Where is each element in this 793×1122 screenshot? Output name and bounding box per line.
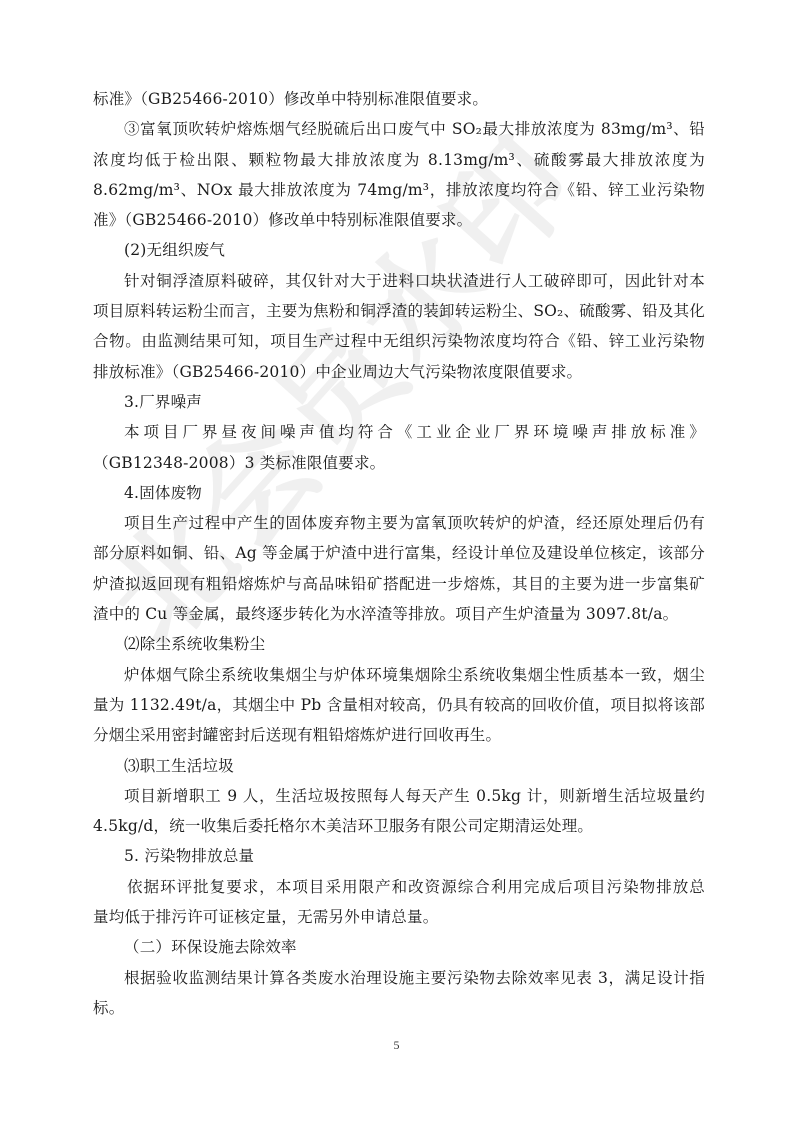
paragraph-line: 本项目厂界昼夜间噪声值均符合《工业企业厂界环境噪声排放标准》: [93, 417, 705, 447]
document-page: 北会员水印 标准》（GB25466-2010）修改单中特别标准限值要求。 ③富氧…: [0, 0, 793, 1122]
paragraph-line: 针对铜浮渣原料破碎，其仅针对大于进料口块状渣进行人工破碎即可，因此针对本: [93, 266, 705, 296]
paragraph-line: 标。: [93, 993, 705, 1023]
paragraph-line: 炉体烟气除尘系统收集烟尘与炉体环境集烟除尘系统收集烟尘性质基本一致，烟尘: [93, 660, 705, 690]
document-body: 标准》（GB25466-2010）修改单中特别标准限值要求。 ③富氧顶吹转炉熔炼…: [93, 84, 705, 1023]
section-heading-total-emissions: 5. 污染物排放总量: [93, 841, 705, 871]
section-heading-fugitive-emissions: (2)无组织废气: [93, 235, 705, 265]
paragraph-line: 部分原料如铜、铅、Ag 等金属于炉渣中进行富集，经设计单位及建设单位核定，该部分: [93, 538, 705, 568]
paragraph-line: 合物。由监测结果可知，项目生产过程中无组织污染物浓度均符合《铅、锌工业污染物: [93, 326, 705, 356]
paragraph-line: 量均低于排污许可证核定量，无需另外申请总量。: [93, 902, 705, 932]
paragraph-line: 项目原料转运粉尘而言，主要为焦粉和铜浮渣的装卸转运粉尘、SO₂、硫酸雾、铅及其化: [93, 296, 705, 326]
paragraph-line: 量为 1132.49t/a，其烟尘中 Pb 含量相对较高，仍具有较高的回收价值，…: [93, 690, 705, 720]
section-heading-removal-efficiency: （二）环保设施去除效率: [93, 932, 705, 962]
paragraph-line: 项目生产过程中产生的固体废弃物主要为富氧顶吹转炉的炉渣，经还原处理后仍有: [93, 508, 705, 538]
paragraph-line: 依据环评批复要求，本项目采用限产和改资源综合利用完成后项目污染物排放总: [93, 872, 705, 902]
section-heading-dust-collection: ⑵除尘系统收集粉尘: [93, 629, 705, 659]
paragraph-line: 4.5kg/d，统一收集后委托格尔木美洁环卫服务有限公司定期清运处理。: [93, 811, 705, 841]
paragraph-line: 浓度均低于检出限、颗粒物最大排放浓度为 8.13mg/m³、硫酸雾最大排放浓度为: [93, 145, 705, 175]
paragraph-line: 8.62mg/m³、NOx 最大排放浓度为 74mg/m³，排放浓度均符合《铅、…: [93, 175, 705, 205]
paragraph-line: ③富氧顶吹转炉熔炼烟气经脱硫后出口废气中 SO₂最大排放浓度为 83mg/m³、…: [93, 114, 705, 144]
paragraph-line: 渣中的 Cu 等金属，最终逐步转化为水淬渣等排放。项目产生炉渣量为 3097.8…: [93, 599, 705, 629]
paragraph-line: 项目新增职工 9 人，生活垃圾按照每人每天产生 0.5kg 计，则新增生活垃圾量…: [93, 781, 705, 811]
paragraph-line: 分烟尘采用密封罐密封后送现有粗铅熔炼炉进行回收再生。: [93, 720, 705, 750]
section-heading-domestic-waste: ⑶职工生活垃圾: [93, 751, 705, 781]
paragraph-line: 排放标准》（GB25466-2010）中企业周边大气污染物浓度限值要求。: [93, 357, 705, 387]
paragraph-line: （GB12348-2008）3 类标准限值要求。: [93, 448, 705, 478]
page-number: 5: [0, 1038, 793, 1053]
section-heading-boundary-noise: 3.厂界噪声: [93, 387, 705, 417]
paragraph-line: 根据验收监测结果计算各类废水治理设施主要污染物去除效率见表 3，满足设计指: [93, 963, 705, 993]
paragraph-line: 标准》（GB25466-2010）修改单中特别标准限值要求。: [93, 84, 705, 114]
paragraph-line: 准》（GB25466-2010）修改单中特别标准限值要求。: [93, 205, 705, 235]
paragraph-line: 炉渣拟返回现有粗铅熔炼炉与高品味铅矿搭配进一步熔炼，其目的主要为进一步富集矿: [93, 569, 705, 599]
section-heading-solid-waste: 4.固体废物: [93, 478, 705, 508]
